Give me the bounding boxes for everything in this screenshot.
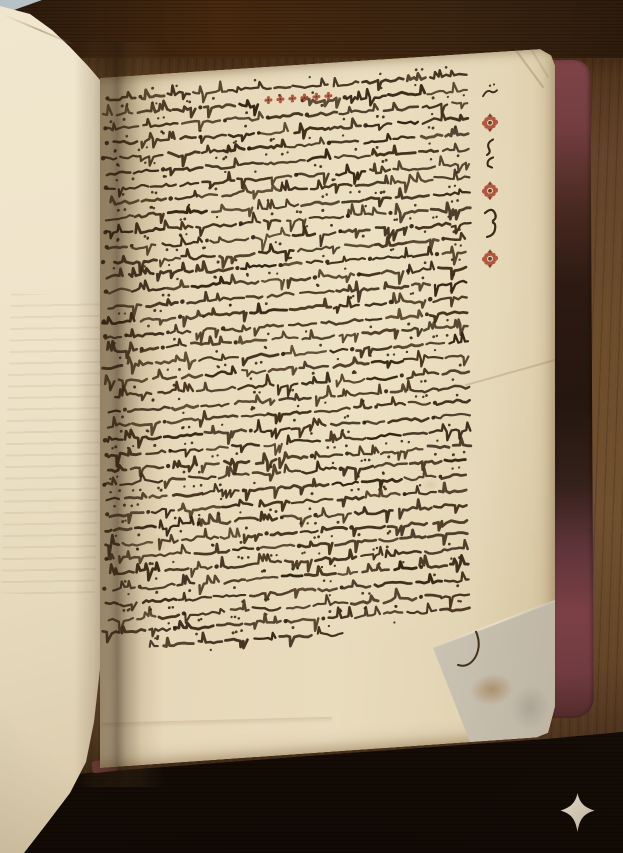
book-gutter-shadow bbox=[74, 42, 164, 787]
photo-scene bbox=[0, 0, 623, 853]
sparkle-icon[interactable] bbox=[559, 792, 596, 833]
manuscript-text-block bbox=[100, 46, 555, 768]
manuscript-page bbox=[100, 46, 555, 768]
